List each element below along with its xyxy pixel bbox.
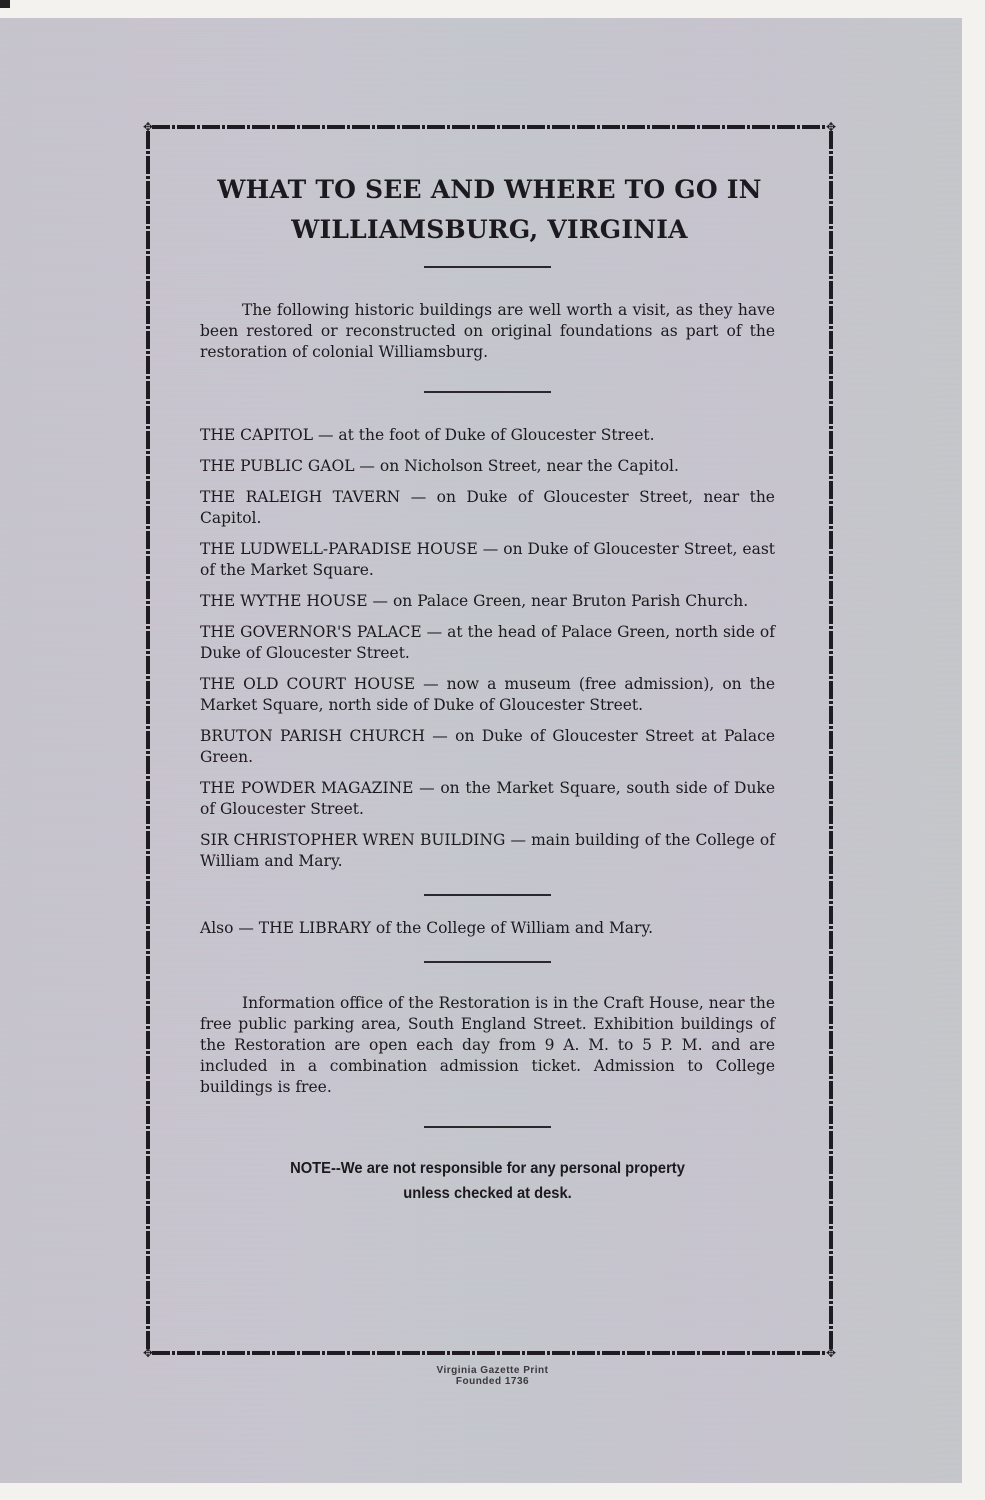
- em-dash-separator: —: [413, 779, 440, 797]
- site-name: THE LUDWELL-PARADISE HOUSE: [200, 540, 478, 558]
- em-dash-separator: —: [368, 592, 393, 610]
- note-line-2: unless checked at desk.: [403, 1185, 572, 1202]
- site-entry: THE PUBLIC GAOL — on Nicholson Street, n…: [200, 456, 775, 477]
- border-bottom: [152, 1351, 827, 1355]
- title-line-1: WHAT TO SEE AND WHERE TO GO IN: [217, 175, 761, 204]
- border-right: [829, 131, 833, 1349]
- printer-founded: Founded 1736: [0, 1376, 985, 1387]
- border-top: [152, 125, 827, 129]
- em-dash-separator: —: [415, 675, 446, 693]
- divider: [424, 266, 551, 268]
- divider: [424, 894, 551, 896]
- em-dash-separator: —: [422, 623, 447, 641]
- site-entry: THE POWDER MAGAZINE — on the Market Squa…: [200, 778, 775, 820]
- site-entry: THE OLD COURT HOUSE — now a museum (free…: [200, 674, 775, 716]
- site-name: THE GOVERNOR'S PALACE: [200, 623, 422, 641]
- site-name: SIR CHRISTOPHER WREN BUILDING: [200, 831, 505, 849]
- page-title: WHAT TO SEE AND WHERE TO GO IN WILLIAMSB…: [200, 170, 775, 250]
- corner-ornament-icon: ✥: [826, 1348, 836, 1358]
- corner-ornament-icon: ✥: [143, 1348, 153, 1358]
- sites-list: THE CAPITOL — at the foot of Duke of Glo…: [200, 425, 775, 872]
- em-dash-separator: —: [505, 831, 531, 849]
- site-entry: BRUTON PARISH CHURCH — on Duke of Glouce…: [200, 726, 775, 768]
- site-name: THE RALEIGH TAVERN: [200, 488, 400, 506]
- divider: [424, 961, 551, 963]
- site-name: THE POWDER MAGAZINE: [200, 779, 413, 797]
- site-entry: THE CAPITOL — at the foot of Duke of Glo…: [200, 425, 775, 446]
- printer-imprint: Virginia Gazette Print Founded 1736: [0, 1365, 985, 1387]
- note-line-1: NOTE--We are not responsible for any per…: [290, 1160, 685, 1177]
- site-name: THE OLD COURT HOUSE: [200, 675, 415, 693]
- corner-ornament-icon: ✥: [826, 122, 836, 132]
- divider: [424, 391, 551, 393]
- intro-paragraph: The following historic buildings are wel…: [200, 300, 775, 363]
- site-name: THE PUBLIC GAOL: [200, 457, 355, 475]
- site-name: BRUTON PARISH CHURCH: [200, 727, 425, 745]
- info-paragraph: Information office of the Restoration is…: [200, 993, 775, 1098]
- corner-ornament-icon: ✥: [143, 122, 153, 132]
- title-line-2: WILLIAMSBURG, VIRGINIA: [291, 215, 688, 244]
- leaflet-content: WHAT TO SEE AND WHERE TO GO IN WILLIAMSB…: [200, 170, 775, 1206]
- printer-name: Virginia Gazette Print: [0, 1365, 985, 1376]
- em-dash-separator: —: [425, 727, 455, 745]
- site-description: on Palace Green, near Bruton Parish Chur…: [393, 592, 748, 610]
- em-dash-separator: —: [355, 457, 380, 475]
- em-dash-separator: —: [313, 426, 338, 444]
- disclaimer-note: NOTE--We are not responsible for any per…: [223, 1156, 752, 1206]
- site-name: THE WYTHE HOUSE: [200, 592, 368, 610]
- site-description: on Nicholson Street, near the Capitol.: [380, 457, 679, 475]
- site-entry: THE RALEIGH TAVERN — on Duke of Gloucest…: [200, 487, 775, 529]
- divider: [424, 1126, 551, 1128]
- site-description: at the foot of Duke of Gloucester Street…: [338, 426, 654, 444]
- site-entry: SIR CHRISTOPHER WREN BUILDING — main bui…: [200, 830, 775, 872]
- site-entry: THE LUDWELL-PARADISE HOUSE — on Duke of …: [200, 539, 775, 581]
- scan-edge-mark: [0, 0, 10, 8]
- site-name: THE CAPITOL: [200, 426, 313, 444]
- border-left: [146, 131, 150, 1349]
- em-dash-separator: —: [478, 540, 503, 558]
- site-entry: THE GOVERNOR'S PALACE — at the head of P…: [200, 622, 775, 664]
- em-dash-separator: —: [400, 488, 436, 506]
- site-entry: THE WYTHE HOUSE — on Palace Green, near …: [200, 591, 775, 612]
- also-library: Also — THE LIBRARY of the College of Wil…: [200, 918, 775, 939]
